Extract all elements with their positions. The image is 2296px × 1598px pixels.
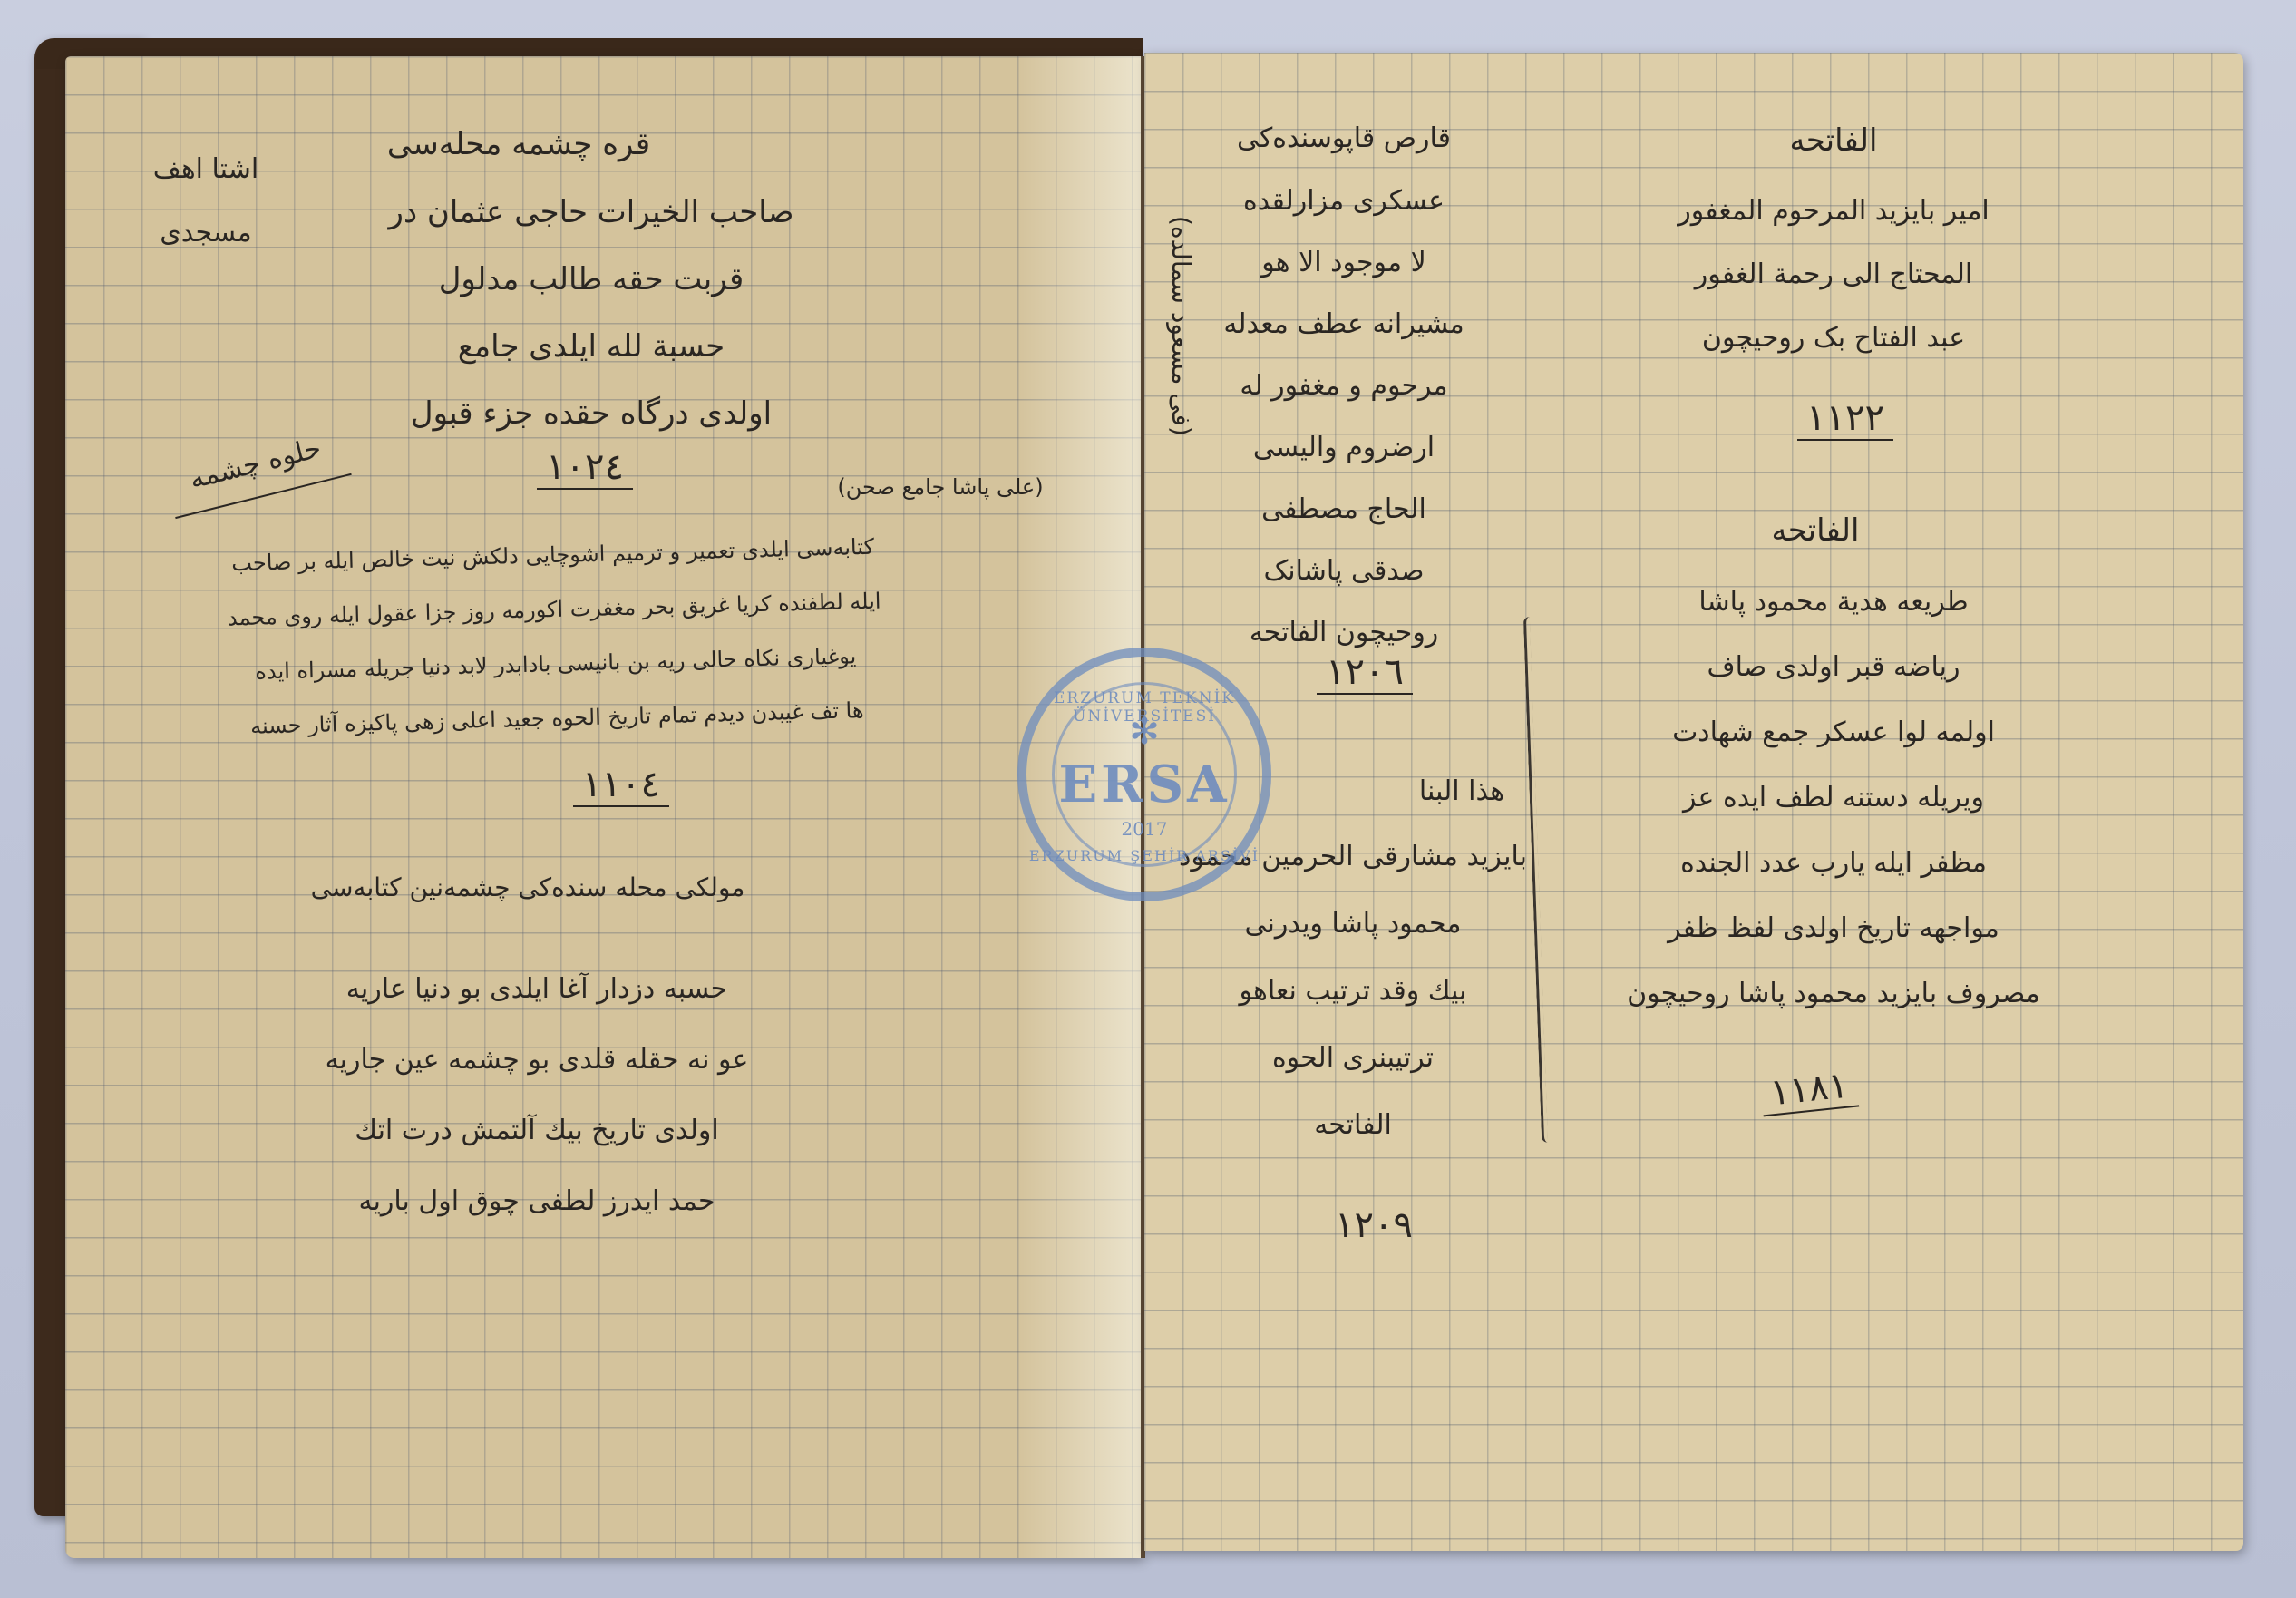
stamp-main-text: ERSA <box>1026 755 1262 814</box>
ersa-archive-stamp: ERZURUM TEKNİK ÜNİVERSİTESİ ✻ ERSA 2017 … <box>1017 648 1271 901</box>
paren-note: (علی پاشا جامع صحن) <box>791 455 1090 519</box>
side-label: حلوه چشمه <box>160 412 351 519</box>
right-page: قارص قاپوسنده‌کی عسکری مزارلقده لا موجود… <box>1144 53 2243 1551</box>
kars-gate-text: عسکری مزارلقده لا موجود الا هو مشيرانه ع… <box>1181 171 1507 664</box>
inscription-block-1: صاحب الخيرات حاجی عثمان در قربت حقه طالب… <box>337 179 845 447</box>
lower-right-year: ١١٨١ <box>1759 1064 1859 1117</box>
upper-right-year: ١١٢٢ <box>1797 397 1893 441</box>
snowflake-emblem-icon: ✻ <box>1026 711 1262 753</box>
margin-note: (فی مسعود سمالده) <box>1166 216 1196 436</box>
kars-gate-heading: قارص قاپوسنده‌کی <box>1181 107 1507 171</box>
heading-kara-cesme: قره چشمه محله‌سی <box>337 111 700 178</box>
upper-right-text: امير بايزيد المرحوم المغفور المحتاج الی … <box>1580 180 2087 370</box>
stamp-bottom-text: ERZURUM ŞEHİR ARŞİVİ <box>1026 847 1262 864</box>
lower-left-heading: هذا البنا <box>1371 760 1552 823</box>
heading-mulki: مولکی محله سنده‌کی چشمه‌نين کتابه‌سی <box>274 854 782 921</box>
corner-note: اشتا اهف مسجدی <box>120 138 292 265</box>
kars-gate-year: ١٢٠٦ <box>1317 651 1413 695</box>
left-page: اشتا اهف مسجدی قره چشمه محله‌سی صاحب الخ… <box>65 56 1143 1558</box>
inscription-block-3: حسبه دزدار آغا ايلدی بو دنيا عاريه عو نه… <box>219 954 854 1237</box>
lower-right-text: طريعه هدية محمود پاشا رياضه قبر اولدی صا… <box>1571 570 2097 1027</box>
block1-year: ١٠٢٤ <box>537 446 633 490</box>
stamp-year: 2017 <box>1026 818 1262 840</box>
lower-left-year: ١٢٠٩ <box>1326 1204 1422 1246</box>
lower-right-heading: الفاتحه <box>1679 497 1951 564</box>
inscription-block-2: کتابه‌سی ايلدی تعمير و ترميم اشوچايی دلک… <box>90 516 1020 758</box>
upper-right-heading: الفاتحه <box>1652 107 2015 174</box>
block2-year: ١١٠٤ <box>573 764 669 807</box>
